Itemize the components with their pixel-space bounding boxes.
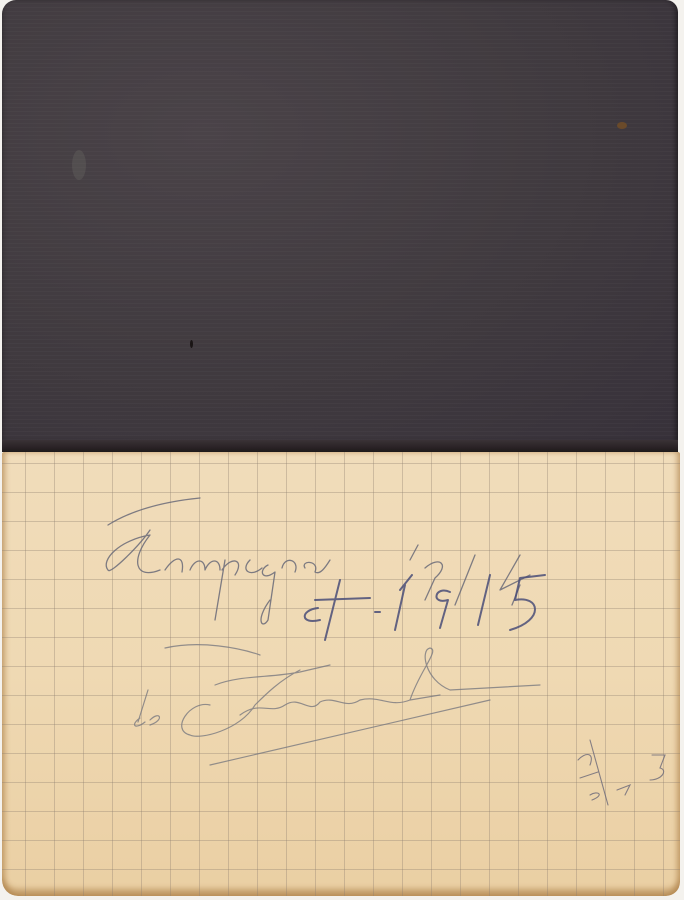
- title-line-1: Campagne 1914: [0, 0, 1, 1]
- notebook-cover: [2, 0, 678, 448]
- stain: [72, 150, 86, 180]
- stain: [190, 340, 193, 348]
- binding-seam: [2, 440, 678, 452]
- grid-ruling: [2, 452, 680, 896]
- stain: [617, 122, 627, 129]
- notebook-page: [2, 452, 680, 896]
